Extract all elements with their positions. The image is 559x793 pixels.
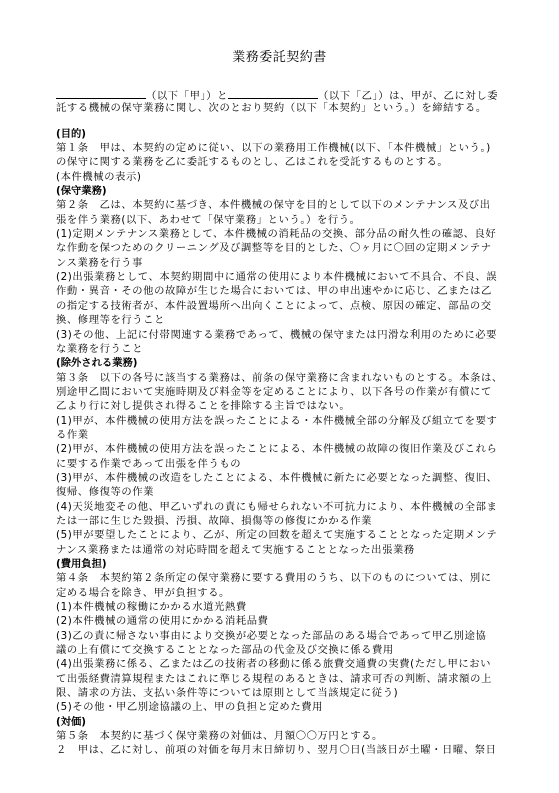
document-text-line: 作動・異音・その他の故障が生じた場合においては、甲の申出速やかに応じ、乙または乙 xyxy=(56,284,506,298)
document-text-line: 限、請求の方法、支払い条件等については原則として当該規定に従う) xyxy=(56,686,506,700)
document-text-line: ンス業務を行う事 xyxy=(56,256,506,270)
document-text-line: 定める場合を除き、甲が負担する。 xyxy=(56,586,506,600)
document-text-line: の保守に関する業務を乙に委託するものとし、乙はこれを受託するものとする。 xyxy=(56,155,506,169)
document-text-line: (2)本件機械の通常の使用にかかる消耗品費 xyxy=(56,614,506,628)
section-heading: (目的) xyxy=(56,127,506,141)
document-text-line: 第１条 甲は、本契約の定めに従い、以下の業務用工作機械(以下、「本件機械」という… xyxy=(56,141,506,155)
preamble-line-1: （以下「甲」）と（以下「乙」）は、甲が、乙に対し委 xyxy=(56,87,506,101)
section-heading: (対価) xyxy=(56,715,506,729)
party-b-blank[interactable] xyxy=(228,87,318,99)
document-text-line: (4)出張業務に係る、乙または乙の技術者の移動に係る旅費交通費の実費(ただし甲に… xyxy=(56,657,506,671)
document-text-line: (4)天災地変その他、甲乙いずれの責にも帰せられない不可抗力により、本件機械の全… xyxy=(56,500,506,514)
document-text-line: 第５条 本契約に基づく保守業務の対価は、月額〇〇万円とする。 xyxy=(56,729,506,743)
document-text-line: 議の上有償にて交換することとなった部品の代金及び交換に係る費用 xyxy=(56,643,506,657)
document-text-line: な作動を保つためのクリーニング及び調整等を目的とした、〇ヶ月に〇回の定期メンテナ xyxy=(56,241,506,255)
document-text-line: ナンス業務または通常の対応時間を超えて実施することとなった出張業務 xyxy=(56,543,506,557)
document-text-line: (3)甲が、本件機械の改造をしたことによる、本件機械に新たに必要となった調整、復… xyxy=(56,471,506,485)
document-text-line: 第３条 以下の各号に該当する業務は、前条の保守業務に含まれないものとする。本条は… xyxy=(56,371,506,385)
party-a-text: （以下「甲」）と xyxy=(146,90,228,101)
document-text-line: (1)定期メンテナンス業務として、本件機械の消耗品の交換、部分品の耐久性の確認、… xyxy=(56,227,506,241)
document-text-line: 張を伴う業務(以下、あわせて「保守業務」という。）を行う。 xyxy=(56,213,506,227)
document-text-line: (1)甲が、本件機械の使用方法を誤ったことによる・本件機械全部の分解及び組立てを… xyxy=(56,414,506,428)
section-heading: (費用負担) xyxy=(56,557,506,571)
document-text-line: の指定する技術者が、本件設置場所へ出向くことによって、点検、原因の確定、部品の交 xyxy=(56,299,506,313)
document-text-line: 乙より行に対し提供され得ることを排除する主旨ではない。 xyxy=(56,399,506,413)
document-title: 業務委託契約書 xyxy=(0,46,559,65)
document-text-line: る作業 xyxy=(56,428,506,442)
section-heading: (除外される業務) xyxy=(56,356,506,370)
document-body: （以下「甲」）と（以下「乙」）は、甲が、乙に対し委 託する機械の保守業務に関し、… xyxy=(56,87,506,758)
document-text-line: (2)甲が、本件機械の使用方法を誤ったことによる、本件機械の故障の復旧作業及びこ… xyxy=(56,442,506,456)
document-text-line: 第４条 本契約第２条所定の保守業務に要する費用のうち、以下のものについては、別に xyxy=(56,571,506,585)
preamble-line-2: 託する機械の保守業務に関し、次のとおり契約（以下「本契約」という。）を締結する。 xyxy=(56,101,506,115)
document-text-line: (5)甲が要望したことにより、乙が、所定の回数を超えて実施することとなった定期メ… xyxy=(56,528,506,542)
document-text-line: (1)本件機械の稼働にかかる水道光熱費 xyxy=(56,600,506,614)
document-text-line: たは一部に生じた毀損、汚損、故障、損傷等の修復にかかる作業 xyxy=(56,514,506,528)
document-text-line: に要する作業であって出張を伴うもの xyxy=(56,457,506,471)
document-text-line: 換、修理等を行うこと xyxy=(56,313,506,327)
document-text-line: な業務を行うこと xyxy=(56,342,506,356)
document-text-line: (2)出張業務として、本契約期間中に通常の使用により本件機械において不具合、不良… xyxy=(56,270,506,284)
document-text-line: て出張経費清算規程またはこれに準じる規程のあるときは、請求可否の判断、請求額の上 xyxy=(56,672,506,686)
document-text-line: (5)その他・甲乙別途協議の上、甲の負担と定めた費用 xyxy=(56,700,506,714)
document-text-line: ２ 甲は、乙に対し、前項の対価を毎月末日締切り、翌月〇日(当該日が土曜・日曜、祭… xyxy=(56,743,506,757)
party-b-text: （以下「乙」）は、甲が、乙に対し委 xyxy=(318,90,498,101)
document-text-line: 復帰、修復等の作業 xyxy=(56,485,506,499)
party-a-blank[interactable] xyxy=(56,87,146,99)
document-text-line: 第２条 乙は、本契約に基づき、本件機械の保守を目的として以下のメンテナンス及び出 xyxy=(56,198,506,212)
document-text-line: (本件機械の表示) xyxy=(56,170,506,184)
document-text-line: (3)乙の責に帰さない事由により交換が必要となった部品のある場合であって甲乙別途… xyxy=(56,629,506,643)
document-text-line: 別途甲乙間において実施時期及び料金等を定めることにより、以下各号の作業が有償にて xyxy=(56,385,506,399)
clause-lines: (目的)第１条 甲は、本契約の定めに従い、以下の業務用工作機械(以下、「本件機械… xyxy=(56,127,506,758)
section-heading: (保守業務) xyxy=(56,184,506,198)
document-text-line: (3)その他、上記に付帯関連する業務であって、機械の保守または円滑な利用のために… xyxy=(56,328,506,342)
document-page: 業務委託契約書 （以下「甲」）と（以下「乙」）は、甲が、乙に対し委 託する機械の… xyxy=(0,0,559,793)
spacer xyxy=(56,116,506,127)
